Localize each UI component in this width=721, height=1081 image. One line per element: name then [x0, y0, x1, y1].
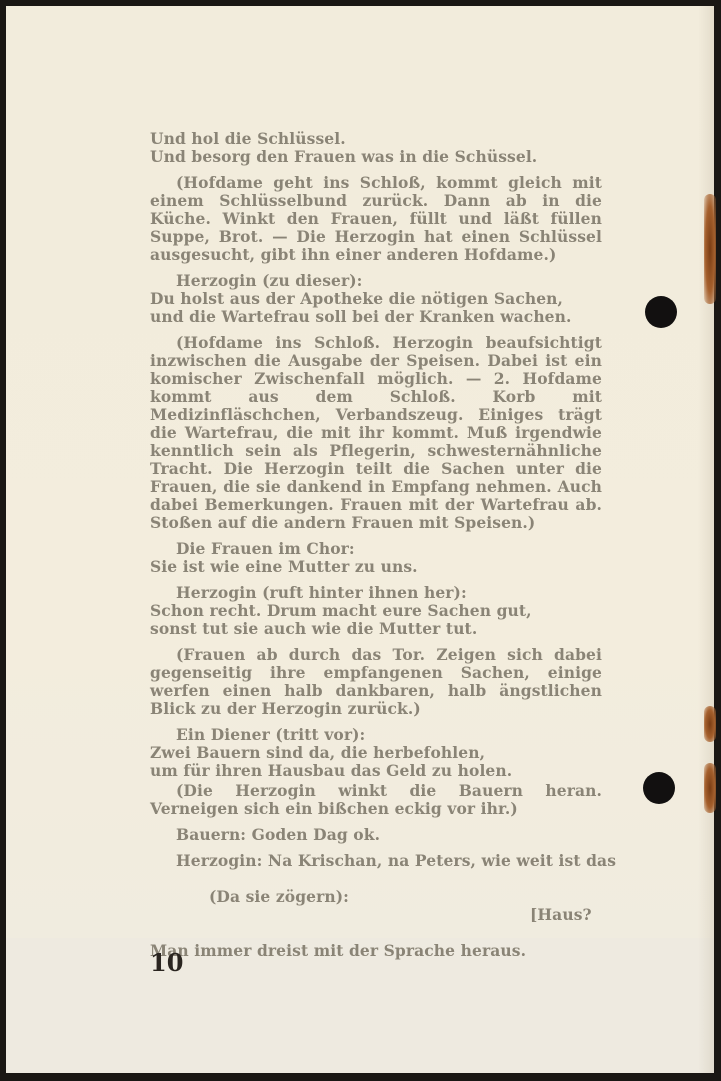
stage-direction: (Die Herzogin winkt die Bauern heran. Ve… [150, 782, 602, 818]
play-text: Und hol die Schlüssel. Und besorg den Fr… [150, 130, 602, 968]
binding-stain [704, 194, 716, 304]
speech-line: sonst tut sie auch wie die Mutter tut. [150, 620, 602, 638]
speech-block: Herzogin (ruft hinter ihnen her): Schon … [150, 584, 602, 638]
speaker-label: Die Frauen im Chor: [150, 540, 602, 558]
speech-block: Ein Diener (tritt vor): Zwei Bauern sind… [150, 726, 602, 780]
speaker-label: Ein Diener (tritt vor): [150, 726, 602, 744]
punch-hole-icon [645, 296, 677, 328]
stage-direction: (Frauen ab durch das Tor. Zeigen sich da… [150, 646, 602, 718]
binding-stain [704, 763, 716, 813]
speech-block: Herzogin: Na Krischan, na Peters, wie we… [150, 852, 602, 960]
verse-line: Und hol die Schlüssel. [150, 130, 602, 148]
speech-line: Du holst aus der Apotheke die nötigen Sa… [150, 290, 602, 308]
line-carryover: [Haus? [530, 906, 592, 924]
speech-block: Die Frauen im Chor: Sie ist wie eine Mut… [150, 540, 602, 576]
speech-block: Bauern: Goden Dag ok. [150, 826, 602, 844]
page-number: 10 [150, 948, 183, 977]
inline-speech-line: Bauern: Goden Dag ok. [150, 826, 602, 844]
speech-line: um für ihren Hausbau das Geld zu holen. [150, 762, 602, 780]
speaker-label: Herzogin (zu dieser): [150, 272, 602, 290]
stage-aside: (Da sie zögern): [209, 887, 349, 906]
speech-line: Herzogin: Na Krischan, na Peters, wie we… [150, 852, 602, 870]
stage-direction: (Hofdame geht ins Schloß, kommt gleich m… [150, 174, 602, 264]
page-edge-shadow [698, 6, 714, 1073]
speech-line: Schon recht. Drum macht eure Sachen gut, [150, 602, 602, 620]
speech-block: Herzogin (zu dieser): Du holst aus der A… [150, 272, 602, 326]
speech-line: und die Wartefrau soll bei der Kranken w… [150, 308, 602, 326]
verse-line: Und besorg den Frauen was in die Schüsse… [150, 148, 602, 166]
speaker-label: Herzogin (ruft hinter ihnen her): [150, 584, 602, 602]
stage-direction: (Hofdame ins Schloß. Herzogin beaufsicht… [150, 334, 602, 532]
speech-line: Sie ist wie eine Mutter zu uns. [150, 558, 602, 576]
speech-line: Zwei Bauern sind da, die herbefohlen, [150, 744, 602, 762]
speech-line: (Da sie zögern): [Haus? [150, 870, 602, 942]
punch-hole-icon [643, 772, 675, 804]
speech-line: Man immer dreist mit der Sprache heraus. [150, 942, 602, 960]
verse-block: Und hol die Schlüssel. Und besorg den Fr… [150, 130, 602, 166]
binding-stain [704, 706, 716, 742]
